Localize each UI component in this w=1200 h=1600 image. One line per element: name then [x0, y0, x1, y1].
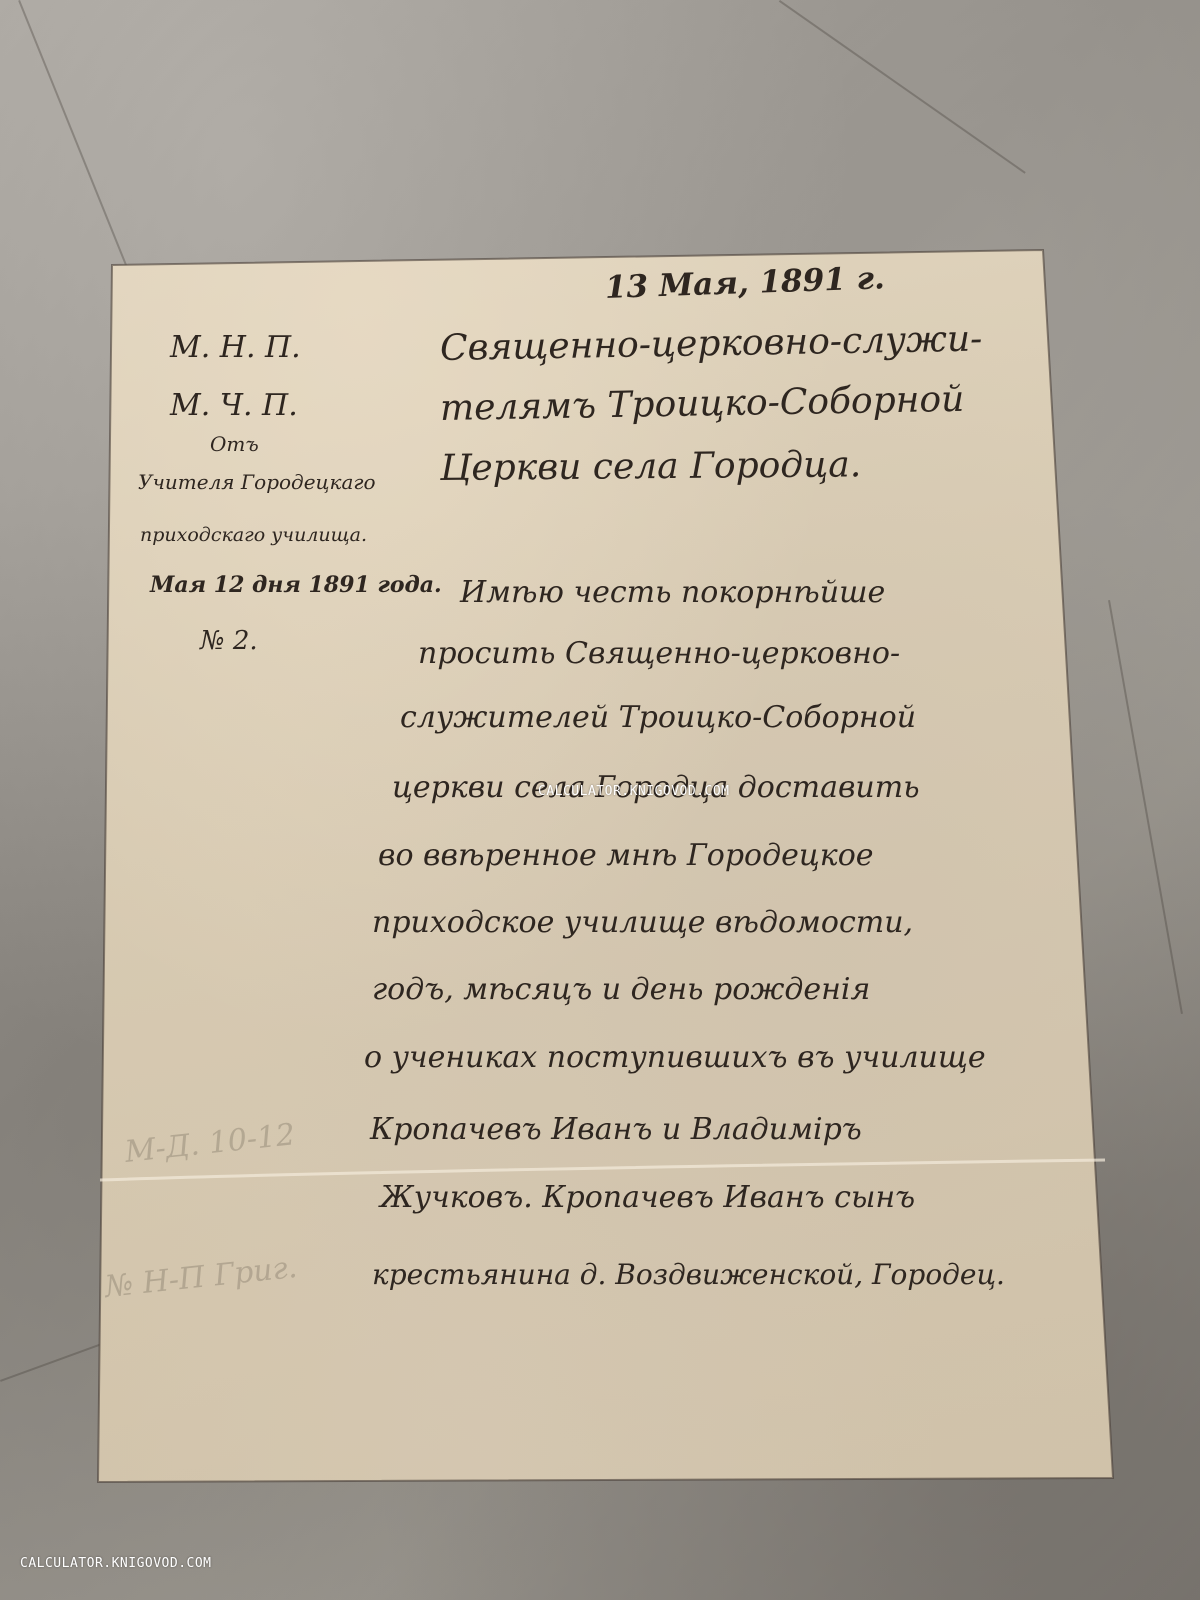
body-line: служителей Троицко-Соборной [400, 700, 916, 735]
watermark-bottom-left: CALCULATOR.KNIGOVOD.COM [20, 1556, 212, 1571]
body-line: Имѣю честь покорнѣйше [460, 575, 885, 610]
body-line: просить Священно-церковно- [418, 636, 900, 671]
body-line: Кропачевъ Иванъ и Владиміръ [370, 1112, 862, 1147]
body-line: крестьянина д. Воздвиженской, Городец. [372, 1258, 1005, 1291]
sender-date: Мая 12 дня 1891 года. [150, 572, 442, 598]
body-line: во ввѣренное мнѣ Городецкое [378, 838, 874, 873]
addressee-line: Церкви села Городца. [440, 444, 862, 489]
margin-line: М. Ч. П. [170, 388, 298, 423]
body-line: Жучковъ. Кропачевъ Иванъ сынъ [380, 1180, 915, 1215]
body-line: годъ, мѣсяцъ и день рожденія [372, 972, 870, 1007]
margin-line: приходскаго училища. [140, 524, 367, 546]
watermark-center: CALCULATOR.KNIGOVOD.COM [538, 784, 730, 799]
body-line: приходское училище вѣдомости, [372, 905, 913, 940]
document-number: № 2. [200, 626, 258, 656]
body-line: о учениках поступившихъ въ училище [364, 1040, 986, 1075]
margin-line: Учителя Городецкаго [138, 470, 376, 494]
margin-line: М. Н. П. [170, 330, 301, 365]
margin-line: Отъ [210, 432, 259, 456]
